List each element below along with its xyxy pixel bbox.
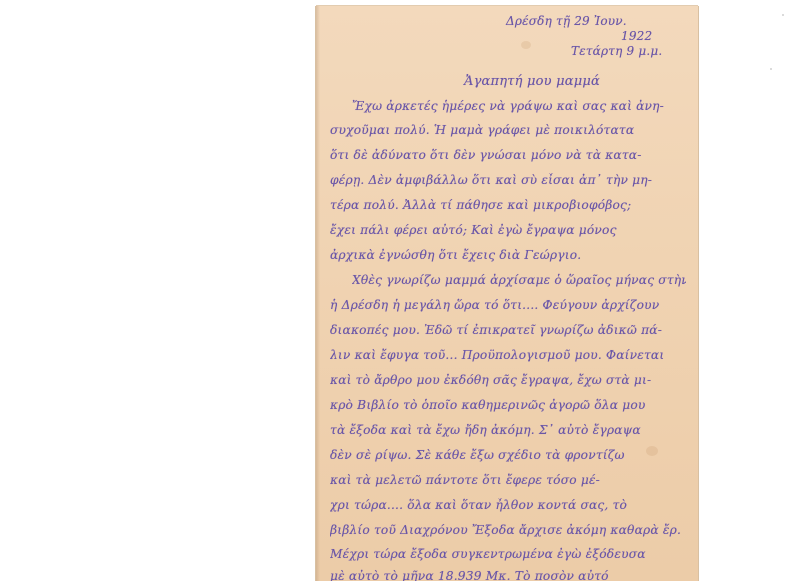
letter-line: διακοπές μου. Ἐδῶ τί ἐπικρατεῖ γνωρίζω ἀ… (330, 323, 686, 337)
letter-line: συχοῦμαι πολύ. Ἡ μαμὰ γράφει μὲ ποικιλότ… (330, 123, 686, 137)
letter-line: φέρῃ. Δὲν ἀμφιβάλλω ὅτι καὶ σὺ εἶσαι ἀπ᾽… (330, 173, 686, 187)
letter-line: χρι τώρα.... ὅλα καὶ ὅταν ἦλθον κοντά σα… (330, 498, 686, 512)
paper-stain (521, 41, 531, 49)
letter-line: ἡ Δρέσδη ἡ μεγάλη ὥρα τό ὅτι.... Φεύγουν… (330, 298, 686, 312)
letter-line: λιν καὶ ἔφυγα τοῦ... Προϋπολογισμοῦ μου.… (330, 348, 686, 362)
scan-speck (782, 14, 784, 16)
letter-line: τέρα πολύ. Ἀλλὰ τί πάθησε καὶ μικροβιοφό… (330, 198, 686, 212)
letter-line: ἀρχικὰ ἐγνώσθη ὅτι ἔχεις διὰ Γεώργιο. (330, 248, 686, 262)
letter-line: Ἔχω ἀρκετές ἡμέρες νὰ γράψω καὶ σας καὶ … (352, 99, 686, 113)
letter-year: 1922 (621, 29, 652, 43)
letter-line: καὶ τὸ ἄρθρο μου ἐκδόθη σᾶς ἔγραψα, ἔχω … (330, 373, 686, 387)
letter-time: Τετάρτη 9 μ.μ. (571, 44, 662, 58)
letter-line: μὲ αὐτὸ τὸ μῆνα 18.939 Μκ. Τὸ ποσὸν αὐτό (330, 569, 686, 581)
letter-line: καὶ τὰ μελετῶ πάντοτε ὅτι ἔφερε τόσο μέ- (330, 473, 686, 487)
letter-line: Μέχρι τώρα ἔξοδα συγκεντρωμένα ἐγὼ ἐξόδε… (330, 547, 686, 561)
letter-salutation: Ἀγαπητή μου μαμμά (464, 74, 600, 89)
letter-line: βιβλίο τοῦ Διαχρόνου Ἔξοδα ἄρχισε ἀκόμη … (330, 523, 686, 537)
letter-line: ἔχει πάλι φέρει αὐτό; Καὶ ἐγὼ ἔγραψα μόν… (330, 223, 686, 237)
letter-line: τὰ ἔξοδα καὶ τὰ ἔχω ἤδη ἀκόμη. Σ᾽ αὐτὸ ἔ… (330, 423, 686, 437)
letter-place-date: Δρέσδη τῇ 29 Ἰουν. (506, 14, 627, 28)
scan-speck (770, 68, 772, 70)
letter-line: ὅτι δὲ ἀδύνατο ὅτι δὲν γνώσαι μόνο νὰ τὰ… (330, 148, 686, 162)
letter-line: Χθὲς γνωρίζω μαμμά ἀρχίσαμε ὁ ὥραῖος μήν… (352, 273, 686, 287)
letter-page: Δρέσδη τῇ 29 Ἰουν. 1922 Τετάρτη 9 μ.μ. Ἀ… (316, 6, 698, 581)
letter-line: δὲν σὲ ρίψω. Σὲ κάθε ἔξω σχέδιο τὰ φροντ… (330, 448, 686, 462)
letter-line: κρὸ Βιβλίο τὸ ὁποῖο καθημερινῶς ἀγορῶ ὅλ… (330, 398, 686, 412)
